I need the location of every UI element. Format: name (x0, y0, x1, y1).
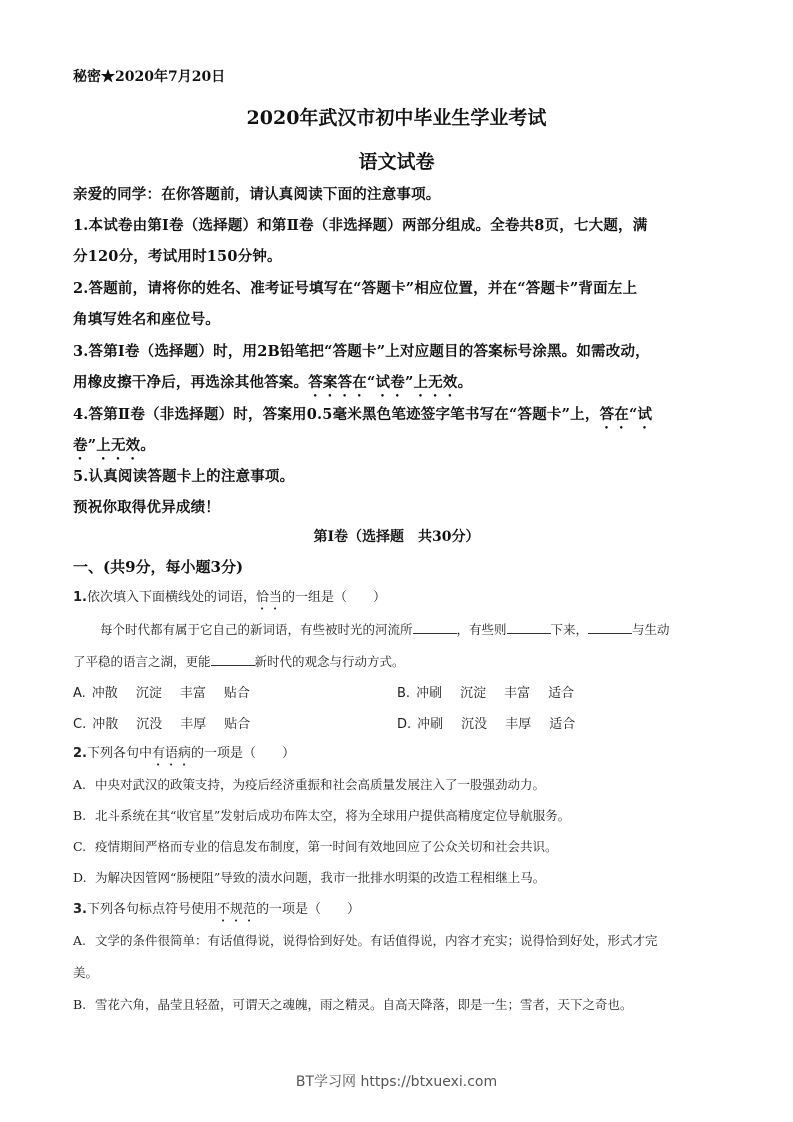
answer-blank-3 (588, 621, 632, 634)
exam-page: 秘密★2020年7月20日 2020年武汉市初中毕业生学业考试 语文试卷 亲爱的… (0, 0, 793, 1122)
option-word: 冲刷 (416, 682, 442, 701)
answer-blank-4 (211, 653, 255, 666)
notice-item-4-line2: 卷”上无效。 (73, 434, 155, 463)
stem-text: 的一项是（ ） (256, 902, 360, 917)
question-1-option-d: D.冲刷沉没丰厚适合 (397, 713, 593, 732)
option-label: A. (73, 933, 95, 948)
section-title: 第Ⅰ卷（选择题 共30分） (0, 526, 793, 546)
option-label: B. (397, 686, 410, 701)
stem-emphasis: 不规范 (217, 902, 256, 917)
option-label: D. (73, 870, 95, 885)
option-word: 贴合 (224, 682, 250, 701)
question-number: 2. (73, 746, 87, 761)
notice-item-3-line2-plain: 用橡皮擦干净后，再选涂其他答案。 (73, 374, 308, 391)
stem-text: 的一组是（ ） (282, 590, 386, 605)
option-label: C. (73, 839, 95, 854)
option-word: 沉没 (136, 713, 162, 732)
question-2-stem: 2.下列各句中有语病的一项是（ ） (73, 742, 295, 769)
question-1-passage-line1: 每个时代都有属于它自己的新词语，有些被时光的河流所，有些则下来，与生动 (100, 620, 670, 638)
notice-item-4-line1-plain: 4.答第Ⅱ卷（非选择题）时，答案用0.5毫米黑色笔迹签字笔书写在“答题卡”上， (73, 406, 600, 423)
notice-item-5: 5.认真阅读答题卡上的注意事项。 (73, 465, 294, 486)
question-2-option-b: B.北斗系统在其“收官星”发射后成功布阵太空，将为全球用户提供高精度定位导航服务… (73, 806, 570, 824)
stem-text: 下列各句中 (87, 746, 152, 761)
question-2-option-a: A.中央对武汉的政策支持，为疫后经济重振和社会高质量发展注入了一股强劲动力。 (73, 775, 545, 793)
option-label: D. (397, 717, 411, 732)
notice-item-4-line1: 4.答第Ⅱ卷（非选择题）时，答案用0.5毫米黑色笔迹签字笔书写在“答题卡”上，答… (73, 403, 652, 432)
option-text: 北斗系统在其“收官星”发射后成功布阵太空，将为全球用户提供高精度定位导航服务。 (95, 808, 570, 823)
option-word: 丰厚 (505, 713, 531, 732)
passage-text: 与生动 (632, 622, 670, 637)
option-label: A. (73, 777, 95, 792)
notice-item-1-line1: 1.本试卷由第Ⅰ卷（选择题）和第Ⅱ卷（非选择题）两部分组成。全卷共8页，七大题，… (73, 214, 647, 235)
question-1-stem: 1.依次填入下面横线处的词语，恰当的一组是（ ） (73, 586, 386, 613)
option-text: 疫情期间严格而专业的信息发布制度，第一时间有效地回应了公众关切和社会共识。 (95, 839, 558, 854)
question-3-option-b: B.雪花六角，晶莹且轻盈，可谓天之魂魄，雨之精灵。自高天降落，即是一生；雪者，天… (73, 995, 633, 1013)
stem-text: 下列各句标点符号使用 (87, 902, 217, 917)
notice-item-2-line2: 角填写姓名和座位号。 (73, 308, 220, 329)
footer-watermark: BT学习网 https://btxuexi.com (0, 1071, 793, 1091)
question-1-option-a: A.冲散沉淀丰富贴合 (73, 682, 268, 701)
part-title: 一、(共9分，每小题3分) (73, 556, 243, 577)
notice-wish: 预祝你取得优异成绩！ (73, 496, 220, 517)
passage-text: 每个时代都有属于它自己的新词语，有些被时光的河流所 (100, 622, 413, 637)
option-word: 沉没 (461, 713, 487, 732)
option-text: 为解决因管网“肠梗阻”导致的渍水问题，我市一批排水明渠的改造工程相继上马。 (95, 870, 545, 885)
question-3-stem: 3.下列各句标点符号使用不规范的一项是（ ） (73, 898, 360, 925)
answer-blank-1 (413, 621, 457, 634)
option-label: C. (73, 717, 86, 732)
option-word: 丰厚 (180, 713, 206, 732)
option-label: B. (73, 997, 95, 1012)
option-label: A. (73, 686, 86, 701)
option-label: B. (73, 808, 95, 823)
option-word: 沉淀 (460, 682, 486, 701)
notice-item-2-line1: 2.答题前，请将你的姓名、准考证号填写在“答题卡”相应位置，并在“答题卡”背面左… (73, 277, 637, 298)
question-number: 3. (73, 902, 87, 917)
question-1-passage-line2: 了平稳的语言之湖，更能新时代的观念与行动方式。 (73, 652, 405, 670)
option-word: 丰富 (504, 682, 530, 701)
option-word: 冲散 (92, 713, 118, 732)
exam-title: 2020年武汉市初中毕业生学业考试 (0, 103, 793, 130)
stem-emphasis: 恰当 (256, 590, 282, 605)
stem-text: 依次填入下面横线处的词语， (87, 590, 256, 605)
stem-emphasis: 有语病 (152, 746, 191, 761)
question-2-option-c: C.疫情期间严格而专业的信息发布制度，第一时间有效地回应了公众关切和社会共识。 (73, 837, 558, 855)
passage-text: 下来， (551, 622, 589, 637)
question-2-option-d: D.为解决因管网“肠梗阻”导致的渍水问题，我市一批排水明渠的改造工程相继上马。 (73, 868, 545, 886)
secret-date-line: 秘密★2020年7月20日 (73, 66, 225, 86)
passage-text: 新时代的观念与行动方式。 (255, 654, 405, 669)
option-word: 适合 (548, 682, 574, 701)
option-word: 冲刷 (417, 713, 443, 732)
passage-text: ，有些则 (457, 622, 507, 637)
notice-item-3-line1: 3.答第Ⅰ卷（选择题）时，用2B铅笔把“答题卡”上对应题目的答案标号涂黑。如需改… (73, 340, 650, 361)
option-text: 中央对武汉的政策支持，为疫后经济重振和社会高质量发展注入了一股强劲动力。 (95, 777, 545, 792)
question-number: 1. (73, 590, 87, 605)
stem-text: 的一项是（ ） (191, 746, 295, 761)
option-text: 文学的条件很简单：有话值得说，说得恰到好处。有话值得说，内容才充实；说得恰到好处… (95, 933, 658, 948)
question-3-option-a-line2: 美。 (73, 963, 98, 981)
option-word: 冲散 (92, 682, 118, 701)
exam-subtitle: 语文试卷 (0, 147, 793, 174)
question-1-option-c: C.冲散沉没丰厚贴合 (73, 713, 268, 732)
notice-item-3-line2: 用橡皮擦干净后，再选涂其他答案。答案答在“试卷”上无效。 (73, 371, 472, 400)
question-3-option-a-line1: A.文学的条件很简单：有话值得说，说得恰到好处。有话值得说，内容才充实；说得恰到… (73, 931, 658, 949)
notice-item-3-emphasis: 答案答在“试卷”上无效。 (308, 374, 472, 391)
notice-item-1-line2: 分120分，考试用时150分钟。 (73, 245, 282, 266)
question-1-option-b: B.冲刷沉淀丰富适合 (397, 682, 592, 701)
notice-greeting: 亲爱的同学：在你答题前，请认真阅读下面的注意事项。 (73, 183, 441, 204)
option-word: 丰富 (180, 682, 206, 701)
notice-item-4-emphasis-a: 答在“试 (600, 406, 653, 423)
option-word: 贴合 (224, 713, 250, 732)
notice-item-4-emphasis-b: 卷”上无效。 (73, 437, 155, 454)
passage-text: 了平稳的语言之湖，更能 (73, 654, 211, 669)
option-word: 适合 (549, 713, 575, 732)
option-text: 雪花六角，晶莹且轻盈，可谓天之魂魄，雨之精灵。自高天降落，即是一生；雪者，天下之… (95, 997, 633, 1012)
option-word: 沉淀 (136, 682, 162, 701)
answer-blank-2 (507, 621, 551, 634)
